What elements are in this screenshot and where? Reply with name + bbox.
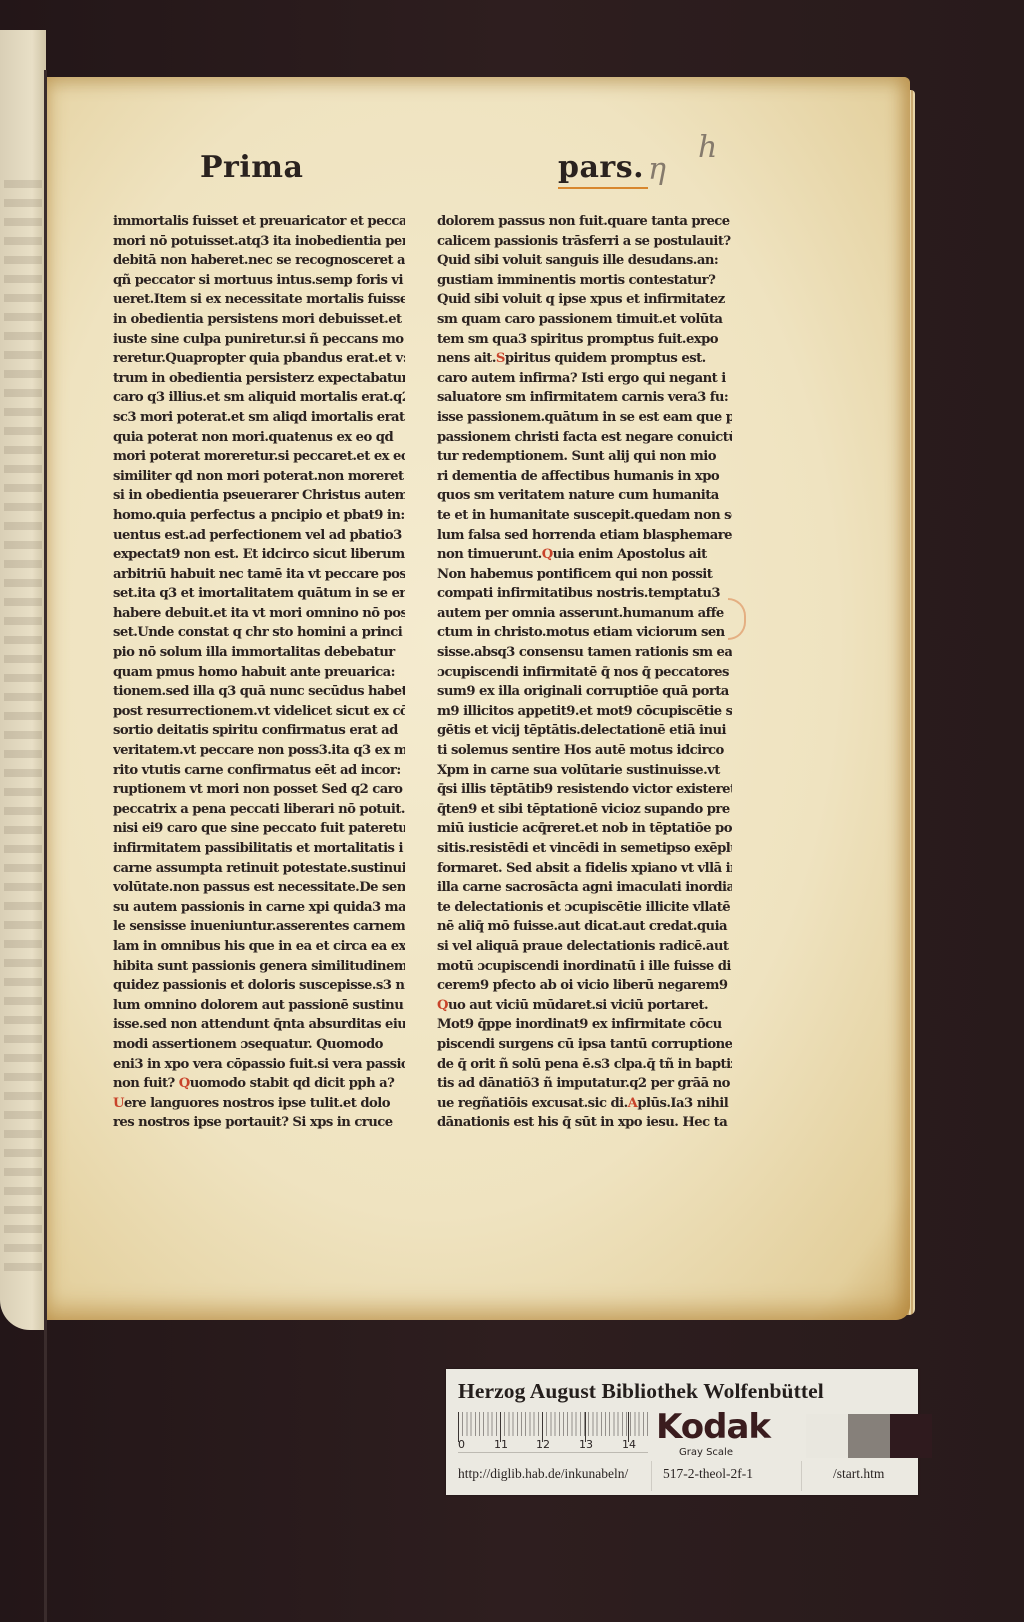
shelfmark: 517-2-theol-2f-1 xyxy=(663,1466,753,1482)
text-line: m9 illicitos appetit9.et mot9 cōcupiscēt… xyxy=(437,702,732,722)
text-line: mori poterat moreretur.si peccaret.et ex… xyxy=(113,447,405,467)
gray-swatch xyxy=(848,1414,890,1458)
text-line: res nostros ipse portauit? Si xps in cru… xyxy=(113,1113,405,1133)
text-line: modi assertionem ɔsequatur. Quomodo xyxy=(113,1035,405,1055)
text-line: homo.quia perfectus a pncipio et pbat9 i… xyxy=(113,506,405,526)
running-head-left: Prima xyxy=(200,150,303,185)
kodak-logo: Kodak xyxy=(656,1408,770,1446)
text-line: immortalis fuisset et preuaricator et pe… xyxy=(113,212,405,232)
text-column-right: dolorem passus non fuit.quare tanta prec… xyxy=(437,212,732,1133)
previous-page-edge xyxy=(0,30,46,1330)
text-line: gētis et vicij tēptātis.delectationē eti… xyxy=(437,721,732,741)
text-line: saluatore sm infirmitatem carnis vera3 f… xyxy=(437,388,732,408)
text-line: nisi ei9 caro que sine peccato fuit pate… xyxy=(113,819,405,839)
text-line: autem per omnia asserunt.humanum affe xyxy=(437,604,732,624)
text-line: quia poterat non mori.quatenus ex eo qd xyxy=(113,428,405,448)
text-line: lum falsa sed horrenda etiam blasphemare xyxy=(437,526,732,546)
text-line: calicem passionis trāsferri a se postula… xyxy=(437,232,732,252)
previous-page-text-ghost xyxy=(4,180,42,1280)
text-line: ri dementia de affectibus humanis in xpo xyxy=(437,467,732,487)
ruler-label: 11 xyxy=(494,1438,508,1451)
text-line: le sensisse inueniuntur.asserentes carne… xyxy=(113,917,405,937)
text-line: trum in obedientia persisterz expectabat… xyxy=(113,369,405,389)
text-line: te delectationis et ɔcupiscētie illicite… xyxy=(437,898,732,918)
text-line: q̄si illis tēptātib9 resistendo victor e… xyxy=(437,780,732,800)
text-line: sum9 ex illa originali corruptiōe quā po… xyxy=(437,682,732,702)
text-line: formaret. Sed absit a fidelis xpiano vt … xyxy=(437,859,732,879)
text-line: ti solemus sentire Hos autē motus idcirc… xyxy=(437,741,732,761)
text-line: si vel aliquā praue delectationis radicē… xyxy=(437,937,732,957)
text-line: non timuerunt.Quia enim Apostolus ait xyxy=(437,545,732,565)
url-suffix: /start.htm xyxy=(833,1466,884,1482)
rubricated-initial: Q xyxy=(437,998,448,1013)
text-line: Uere languores nostros ipse tulit.et dol… xyxy=(113,1094,405,1114)
rubricated-initial: Q xyxy=(542,547,553,562)
text-line: arbitriū habuit nec tamē ita vt peccare … xyxy=(113,565,405,585)
text-line: carne assumpta retinuit potestate.sustin… xyxy=(113,859,405,879)
text-line: Xpm in carne sua volūtarie sustinuisse.v… xyxy=(437,761,732,781)
ruler-ticks xyxy=(458,1412,648,1436)
running-head-right-text: pars. xyxy=(558,150,644,185)
measurement-ruler: 011121314 xyxy=(458,1412,648,1453)
text-line: post resurrectionem.vt videlicet sicut e… xyxy=(113,702,405,722)
text-line: rito vtutis carne confirmatus eēt ad inc… xyxy=(113,761,405,781)
text-line: Non habemus pontificem qui non possit xyxy=(437,565,732,585)
text-line: de q̄ orit ñ solū pena ē.s3 clpa.q̄ tñ i… xyxy=(437,1055,732,1075)
text-line: lam in omnibus his que in ea et circa ea… xyxy=(113,937,405,957)
ruler-label: 13 xyxy=(579,1438,593,1451)
text-line: Quid sibi voluit sanguis ille desudans.a… xyxy=(437,251,732,271)
text-line: q̄ten9 et sibi tēptationē vicioz supando… xyxy=(437,800,732,820)
text-line: non fuit? Quomodo stabit qd dicit pph a? xyxy=(113,1074,405,1094)
text-line: sortio deitatis spiritu confirmatus erat… xyxy=(113,721,405,741)
text-line: ruptionem vt mori non posset Sed q2 caro xyxy=(113,780,405,800)
red-underline xyxy=(558,187,648,189)
text-line: tur redemptionem. Sunt alij qui non mio xyxy=(437,447,732,467)
text-line: compati infirmitatibus nostris.temptatu3 xyxy=(437,584,732,604)
text-line: si in obedientia pseuerarer Christus aut… xyxy=(113,486,405,506)
rubricated-initial: Q xyxy=(179,1076,190,1091)
url-prefix: http://diglib.hab.de/inkunabeln/ xyxy=(458,1466,628,1482)
text-line: peccatrix a pena peccati liberari nō pot… xyxy=(113,800,405,820)
text-line: eni3 in xpo vera cōpassio fuit.si vera p… xyxy=(113,1055,405,1075)
text-line: set.ita q3 et imortalitatem quātum in se… xyxy=(113,584,405,604)
rubricated-initial: U xyxy=(113,1096,124,1111)
text-line: isse passionem.quātum in se est eam que … xyxy=(437,408,732,428)
text-line: dānationis est his q̄ sūt in xpo iesu. H… xyxy=(437,1113,732,1133)
text-line: reretur.Quapropter quia pbandus erat.et … xyxy=(113,349,405,369)
text-line: veritatem.vt peccare non poss3.ita q3 ex… xyxy=(113,741,405,761)
text-line: infirmitatem passibilitatis et mortalita… xyxy=(113,839,405,859)
text-line: su autem passionis in carne xpi quida3 m… xyxy=(113,898,405,918)
text-column-left: immortalis fuisset et preuaricator et pe… xyxy=(113,212,405,1133)
text-line: isse.sed non attendunt q̄nta absurditas … xyxy=(113,1015,405,1035)
rubricated-initial: A xyxy=(628,1096,638,1111)
text-line: in obedientia persistens mori debuisset.… xyxy=(113,310,405,330)
text-line: cerem9 pfecto ab oi vicio liberū negarem… xyxy=(437,976,732,996)
running-head-right: pars. xyxy=(558,150,644,185)
text-line: qñ peccator si mortuus intus.semp foris … xyxy=(113,271,405,291)
text-line: Quo aut viciū mūdaret.si viciū portaret. xyxy=(437,996,732,1016)
marginal-annotation-1: η xyxy=(648,152,666,187)
text-line: tionem.sed illa q3 quā nunc secūdus habe… xyxy=(113,682,405,702)
text-line: ue regñatiōis excusat.sic di.Aplūs.Ia3 n… xyxy=(437,1094,732,1114)
catalog-url: http://diglib.hab.de/inkunabeln/ 517-2-t… xyxy=(458,1466,908,1486)
gray-scale-swatches xyxy=(806,1414,932,1458)
marginal-annotation-2: h xyxy=(698,130,717,165)
text-line: tis ad dānatiō3 ñ imputatur.q2 per grāā … xyxy=(437,1074,732,1094)
ruler-label: 0 xyxy=(458,1438,465,1451)
text-line: sitis.resistēdi et vincēdi in semetipso … xyxy=(437,839,732,859)
text-line: mori nō potuisset.atq3 ita inobedientia … xyxy=(113,232,405,252)
ruler-label: 12 xyxy=(536,1438,550,1451)
text-line: volūtate.non passus est necessitate.De s… xyxy=(113,878,405,898)
text-line: uentus est.ad perfectionem vel ad pbatio… xyxy=(113,526,405,546)
ruler-label: 14 xyxy=(622,1438,636,1451)
text-line: sm quam caro passionem timuit.et volūta xyxy=(437,310,732,330)
rubricated-initial: S xyxy=(496,351,505,366)
text-line: quos sm veritatem nature cum humanita xyxy=(437,486,732,506)
ruler-labels: 011121314 xyxy=(458,1438,648,1452)
text-line: ueret.Item si ex necessitate mortalis fu… xyxy=(113,290,405,310)
text-line: iuste sine culpa puniretur.si ñ peccans … xyxy=(113,330,405,350)
text-line: ctum in christo.motus etiam viciorum sen xyxy=(437,623,732,643)
running-head-left-text: Prima xyxy=(200,150,303,185)
text-line: Mot9 q̄ppe inordinat9 ex infirmitate cōc… xyxy=(437,1015,732,1035)
text-line: ɔcupiscendi infirmitatē q̄ nos q̄ peccat… xyxy=(437,663,732,683)
text-line: te et in humanitate suscepit.quedam non … xyxy=(437,506,732,526)
text-line: illa carne sacrosācta agni imaculati ino… xyxy=(437,878,732,898)
text-line: set.Unde constat q chr sto homini a prin… xyxy=(113,623,405,643)
text-line: caro q3 illius.et sm aliquid mortalis er… xyxy=(113,388,405,408)
text-line: lum omnino dolorem aut passionē sustinu xyxy=(113,996,405,1016)
gray-swatch xyxy=(806,1414,848,1458)
text-line: hibita sunt passionis genera similitudin… xyxy=(113,957,405,977)
text-line: piscendi surgens cū ipsa tantū corruptio… xyxy=(437,1035,732,1055)
text-line: sisse.absq3 consensu tamen rationis sm e… xyxy=(437,643,732,663)
text-line: nē aliq̄ mō fuisse.aut dicat.aut credat.… xyxy=(437,917,732,937)
text-line: miū iusticie acq̄reret.et nob in tēptati… xyxy=(437,819,732,839)
text-line: sc3 mori poterat.et sm aliqd imortalis e… xyxy=(113,408,405,428)
text-line: expectat9 non est. Et idcirco sicut libe… xyxy=(113,545,405,565)
text-line: pio nō solum illa immortalitas debebatur xyxy=(113,643,405,663)
text-line: passionem christi facta est negare conui… xyxy=(437,428,732,448)
text-line: habere debuit.et ita vt mori omnino nō p… xyxy=(113,604,405,624)
text-line: quam pmus homo habuit ante preuarica: xyxy=(113,663,405,683)
institution-name: Herzog August Bibliothek Wolfenbüttel xyxy=(458,1379,824,1404)
text-line: tem sm qua3 spiritus promptus fuit.expo xyxy=(437,330,732,350)
text-line: caro autem infirma? Isti ergo qui negant… xyxy=(437,369,732,389)
text-line: dolorem passus non fuit.quare tanta prec… xyxy=(437,212,732,232)
text-line: similiter qd non mori poterat.non morere… xyxy=(113,467,405,487)
text-line: quidez passionis et doloris suscepisse.s… xyxy=(113,976,405,996)
text-line: nens ait.Spiritus quidem promptus est. xyxy=(437,349,732,369)
text-line: motū ɔcupiscendi inordinatū i ille fuiss… xyxy=(437,957,732,977)
gray-scale-caption: Gray Scale xyxy=(679,1447,733,1458)
color-target-card: Herzog August Bibliothek Wolfenbüttel 01… xyxy=(446,1369,918,1495)
text-line: Quid sibi voluit q ipse xpus et infirmit… xyxy=(437,290,732,310)
gray-swatch xyxy=(890,1414,932,1458)
text-line: gustiam imminentis mortis contestatur? xyxy=(437,271,732,291)
text-line: debitā non haberet.nec se recognosceret … xyxy=(113,251,405,271)
